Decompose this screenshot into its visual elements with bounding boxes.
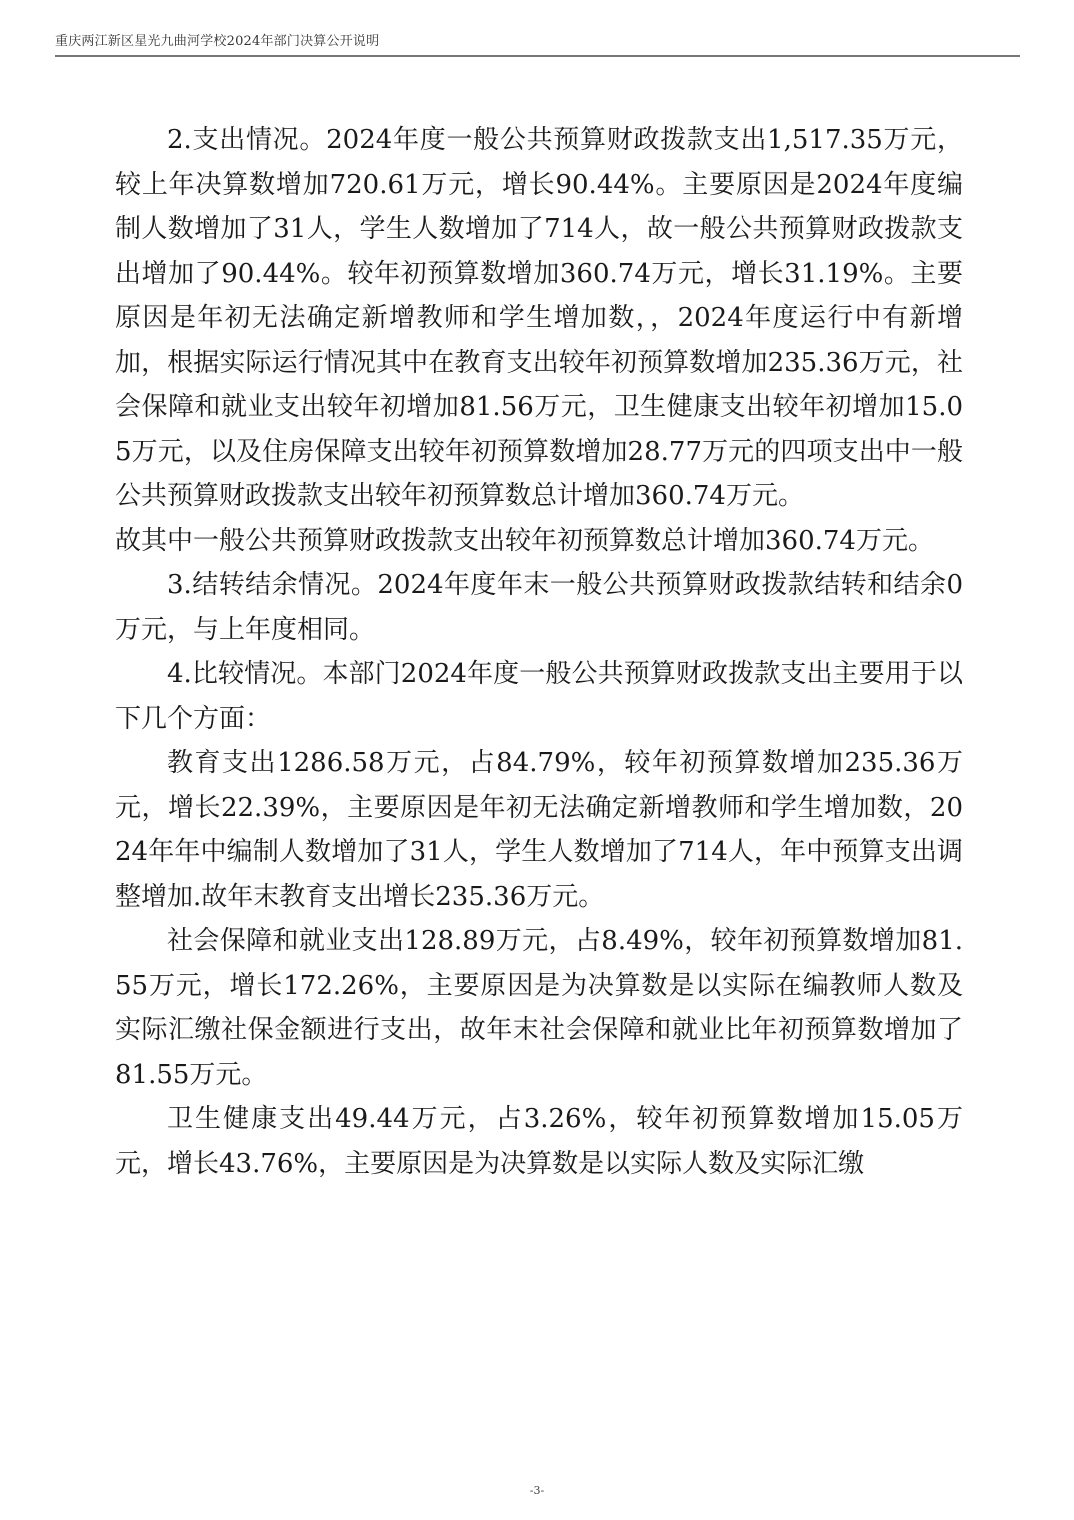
paragraph-health: 卫生健康支出49.44万元，占3.26%，较年初预算数增加15.05万元，增长4… <box>115 1097 963 1186</box>
paragraph-carryover: 3.结转结余情况。2024年度年末一般公共预算财政拨款结转和结余0万元，与上年度… <box>115 563 963 652</box>
page-number: -3- <box>0 1484 1074 1497</box>
paragraph-comparison: 4.比较情况。本部门2024年度一般公共预算财政拨款支出主要用于以下几个方面： <box>115 652 963 741</box>
paragraph-expenditure-summary: 故其中一般公共预算财政拨款支出较年初预算数总计增加360.74万元。 <box>115 519 963 564</box>
paragraph-education: 教育支出1286.58万元，占84.79%，较年初预算数增加235.36万元，增… <box>115 741 963 919</box>
page-header: 重庆两江新区星光九曲河学校2024年部门决算公开说明 <box>55 30 1020 57</box>
document-title: 重庆两江新区星光九曲河学校2024年部门决算公开说明 <box>55 34 379 49</box>
paragraph-expenditure: 2.支出情况。2024年度一般公共预算财政拨款支出1,517.35万元，较上年决… <box>115 118 963 519</box>
document-body: 2.支出情况。2024年度一般公共预算财政拨款支出1,517.35万元，较上年决… <box>115 118 963 1186</box>
paragraph-social-security: 社会保障和就业支出128.89万元，占8.49%，较年初预算数增加81.55万元… <box>115 919 963 1097</box>
